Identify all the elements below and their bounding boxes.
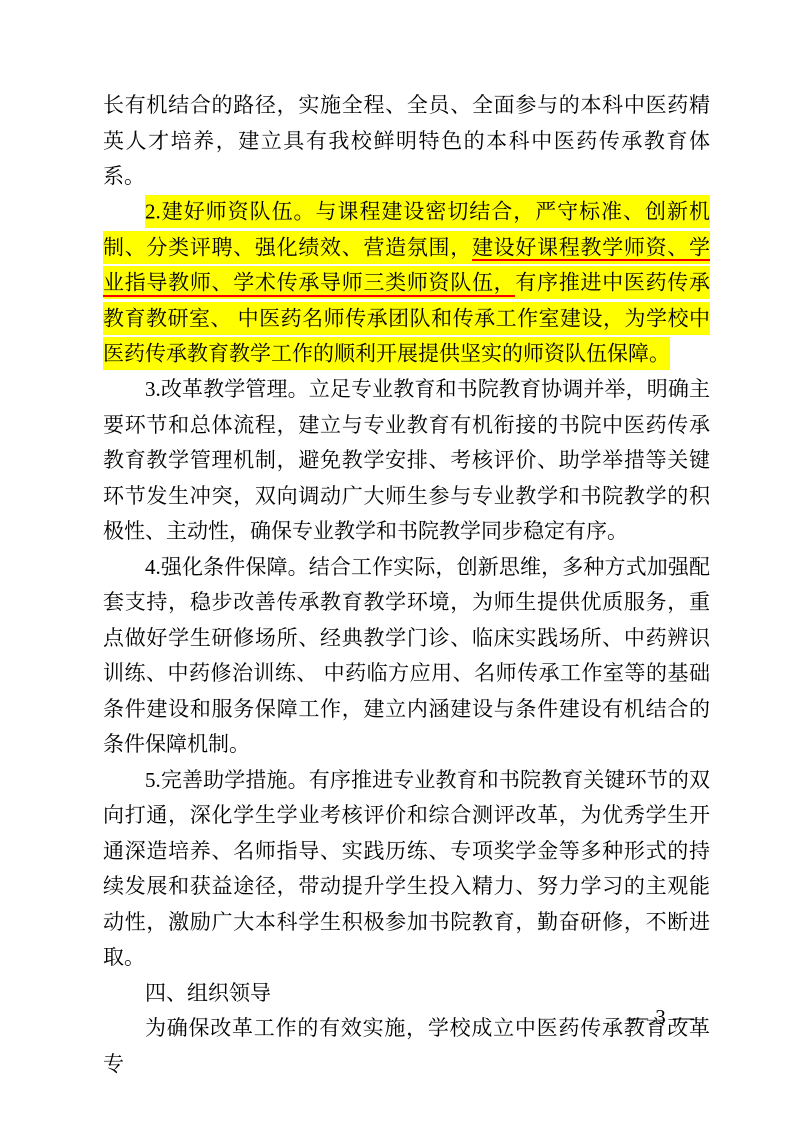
paragraph-highlighted: 2.建好师资队伍。与课程建设密切结合，严守标准、创新机制、分类评聘、强化绩效、营…: [103, 195, 710, 373]
document-page: 长有机结合的路径，实施全程、全员、全面参与的本科中医药精英人才培养，建立具有我校…: [0, 0, 794, 1123]
document-body: 长有机结合的路径，实施全程、全员、全面参与的本科中医药精英人才培养，建立具有我校…: [103, 88, 710, 1082]
section-heading-text: 四、组织领导: [145, 981, 271, 1005]
paragraph: 3.改革教学管理。立足专业教育和书院教育协调并举，明确主要环节和总体流程，建立与…: [103, 372, 710, 550]
paragraph-text: 3.改革教学管理。立足专业教育和书院教育协调并举，明确主要环节和总体流程，建立与…: [103, 377, 710, 543]
paragraph-text: 5.完善助学措施。有序推进专业教育和书院教育关键环节的双向打通，深化学生学业考核…: [103, 768, 710, 970]
paragraph-text: 4.强化条件保障。结合工作实际，创新思维，多种方式加强配套支持，稳步改善传承教育…: [103, 555, 710, 757]
paragraph-text: 为确保改革工作的有效实施，学校成立中医药传承教育改革专: [103, 1016, 710, 1076]
paragraph-text: 长有机结合的路径，实施全程、全员、全面参与的本科中医药精英人才培养，建立具有我校…: [103, 93, 710, 188]
page-number: — 3 —: [627, 1002, 695, 1032]
section-heading: 四、组织领导: [103, 976, 710, 1012]
paragraph: 长有机结合的路径，实施全程、全员、全面参与的本科中医药精英人才培养，建立具有我校…: [103, 88, 710, 195]
paragraph: 5.完善助学措施。有序推进专业教育和书院教育关键环节的双向打通，深化学生学业考核…: [103, 763, 710, 976]
paragraph: 为确保改革工作的有效实施，学校成立中医药传承教育改革专: [103, 1011, 710, 1082]
paragraph: 4.强化条件保障。结合工作实际，创新思维，多种方式加强配套支持，稳步改善传承教育…: [103, 550, 710, 763]
